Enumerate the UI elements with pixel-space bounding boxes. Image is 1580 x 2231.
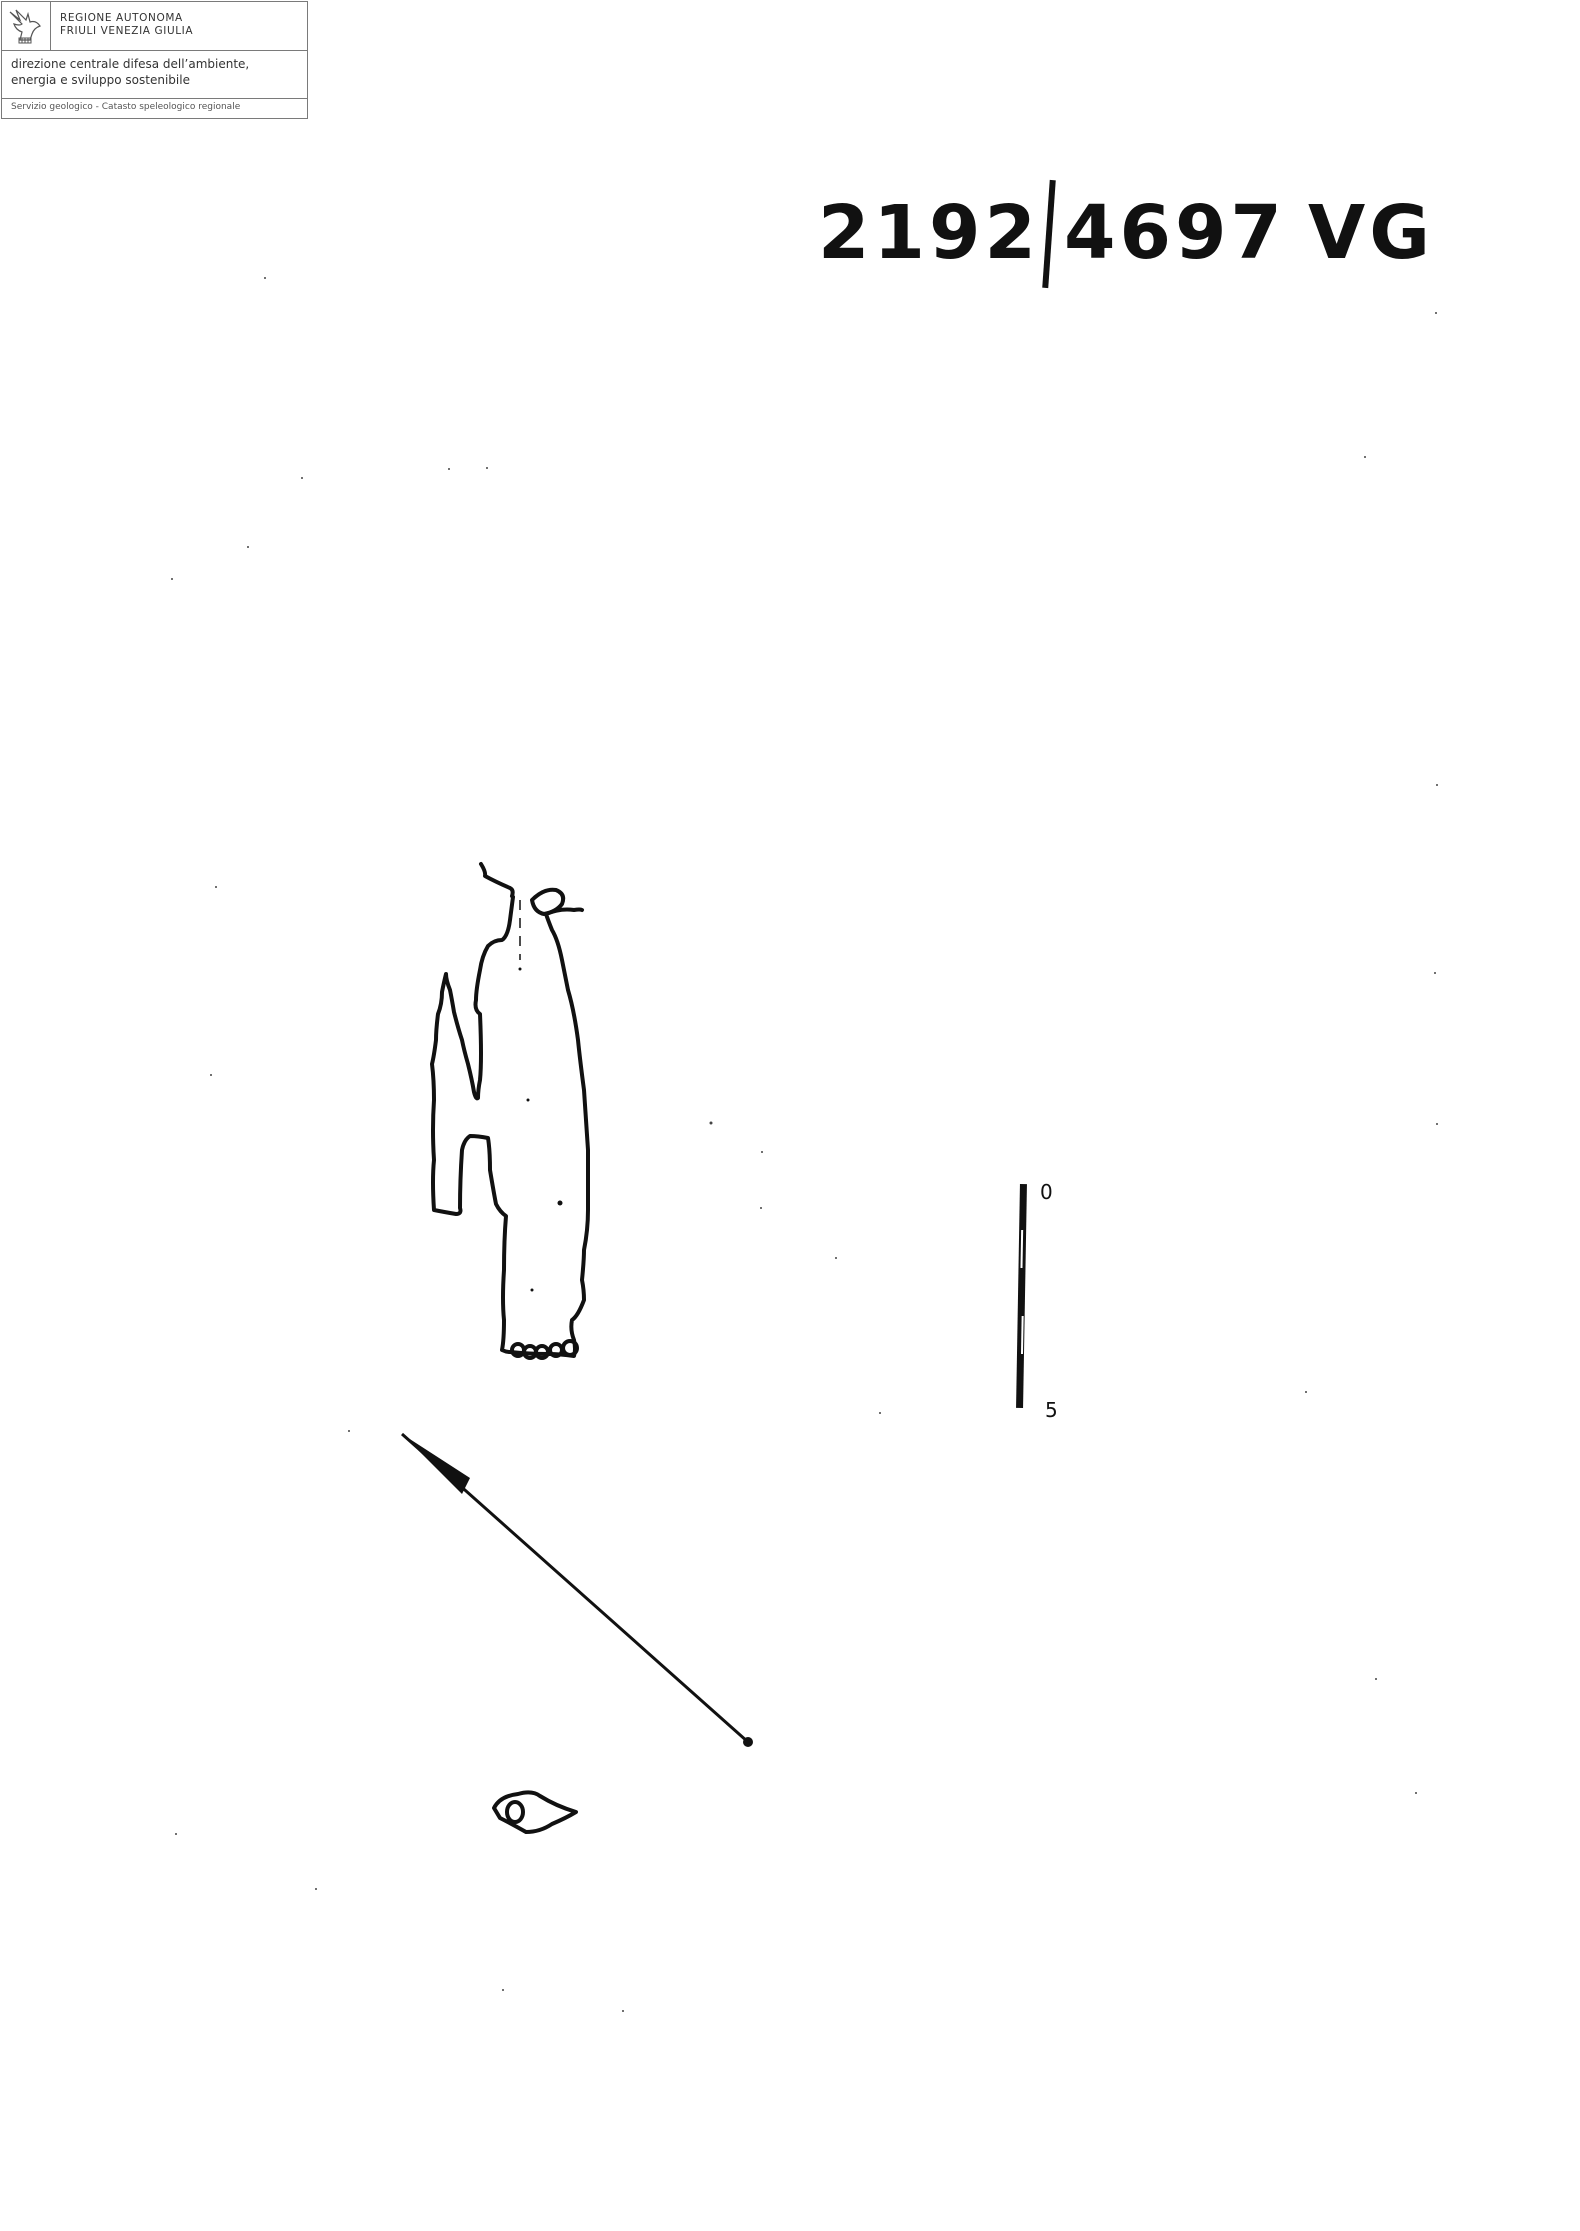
scan-speckles — [171, 277, 1438, 2012]
scale-bar — [1016, 1184, 1027, 1408]
north-arrow-icon — [402, 1434, 753, 1747]
entrance-section-icon — [494, 1792, 576, 1832]
scale-start-label: 0 — [1040, 1180, 1053, 1204]
survey-drawing — [0, 0, 1580, 2231]
cave-plan-outline — [432, 864, 588, 1358]
scale-end-label: 5 — [1045, 1398, 1058, 1422]
